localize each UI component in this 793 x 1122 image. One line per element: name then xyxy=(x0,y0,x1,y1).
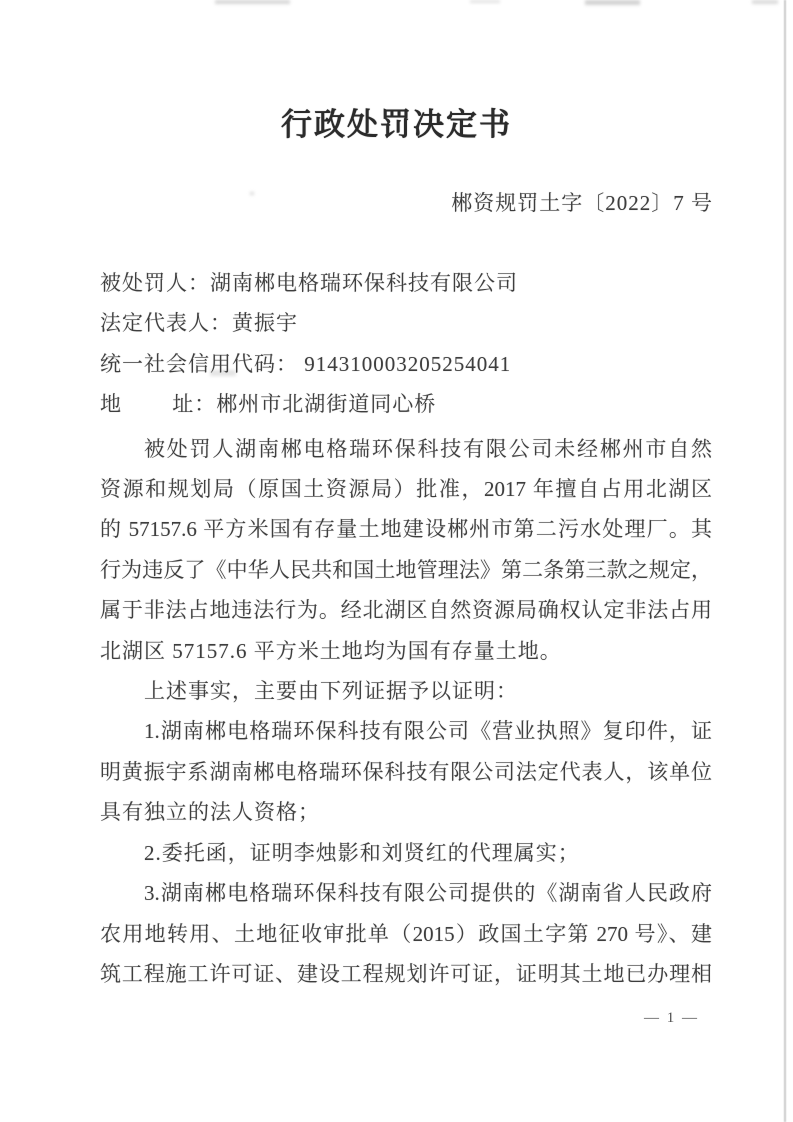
document-title: 行政处罚决定书 xyxy=(0,99,793,144)
body-line: 的 57157.6 平方米国有存量土地建设郴州市第二污水处理厂。其 xyxy=(100,509,712,549)
evidence-item-2: 2.委托函，证明李烛影和刘贤红的代理属实； xyxy=(100,833,712,873)
document-number: 郴资规罚土字〔2022〕7 号 xyxy=(451,187,713,217)
scan-speck xyxy=(250,192,254,195)
scan-smudge xyxy=(585,0,640,5)
body-line: 北湖区 57157.6 平方米土地均为国有存量土地。 xyxy=(100,631,712,671)
line-credit-code: 统一社会信用代码： 914310003205254041 xyxy=(100,344,712,384)
scan-smudge xyxy=(470,0,500,3)
body-line: 农用地转用、土地征收审批单（2015）政国土字第 270 号》、建 xyxy=(100,914,712,954)
scan-smudge xyxy=(215,0,290,4)
body-line: 明黄振宇系湖南郴电格瑞环保科技有限公司法定代表人，该单位 xyxy=(100,752,712,792)
body-line: 属于非法占地违法行为。经北湖区自然资源局确权认定非法占用 xyxy=(100,590,712,630)
body-line: 行为违反了《中华人民共和国土地管理法》第二条第三款之规定， xyxy=(100,550,712,590)
body-line: 被处罚人湖南郴电格瑞环保科技有限公司未经郴州市自然 xyxy=(100,429,712,469)
document-page: 行政处罚决定书 郴资规罚土字〔2022〕7 号 被处罚人：湖南郴电格瑞环保科技有… xyxy=(0,0,793,1122)
line-legal-representative: 法定代表人：黄振宇 xyxy=(100,303,712,343)
scan-smudge xyxy=(752,0,778,4)
body-line: 上述事实，主要由下列证据予以证明： xyxy=(100,671,712,711)
scan-edge-line xyxy=(784,0,786,1122)
body-line: 资源和规划局（原国土资源局）批准，2017 年擅自占用北湖区 xyxy=(100,469,712,509)
evidence-item-3: 3.湖南郴电格瑞环保科技有限公司提供的《湖南省人民政府 xyxy=(100,873,712,913)
body-line: 具有独立的法人资格； xyxy=(100,792,712,832)
body-line: 筑工程施工许可证、建设工程规划许可证，证明其土地已办理相 xyxy=(100,954,712,994)
page-number: — 1 — xyxy=(644,1010,699,1027)
line-address: 地 址：郴州市北湖街道同心桥 xyxy=(100,384,712,424)
evidence-item-1: 1.湖南郴电格瑞环保科技有限公司《营业执照》复印件，证 xyxy=(100,711,712,751)
line-penalized-party: 被处罚人：湖南郴电格瑞环保科技有限公司 xyxy=(100,263,712,303)
document-body: 被处罚人：湖南郴电格瑞环保科技有限公司 法定代表人：黄振宇 统一社会信用代码： … xyxy=(100,263,712,994)
